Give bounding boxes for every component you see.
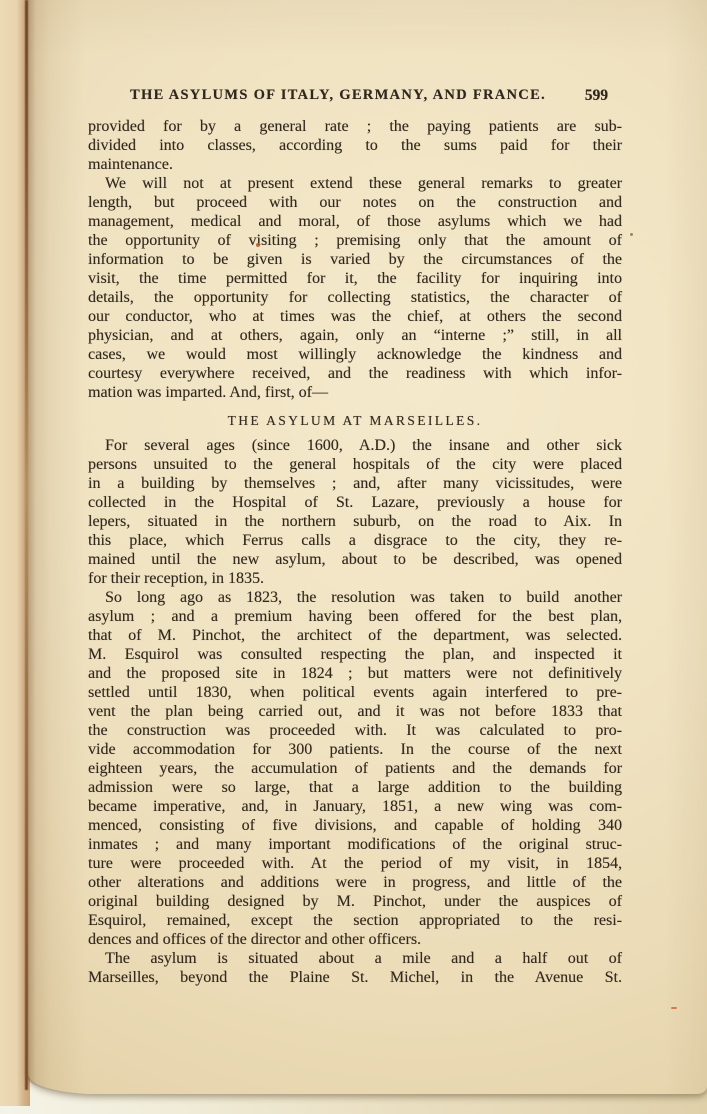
text-line: divided into classes, according to the s…: [88, 136, 622, 155]
text-line: in a building by themselves ; and, after…: [88, 474, 622, 493]
paragraph: provided for by a general rate ; the pay…: [88, 117, 622, 174]
text-line: dences and offices of the director and o…: [88, 930, 622, 949]
page-sheet: THE ASYLUMS OF ITALY, GERMANY, AND FRANC…: [28, 0, 707, 1094]
page-body: provided for by a general rate ; the pay…: [88, 117, 622, 987]
text-line: other alterations and additions were in …: [88, 873, 622, 892]
text-line: length, but proceed with our notes on th…: [88, 193, 622, 212]
text-line: cases, we would most willingly acknowled…: [88, 345, 622, 364]
text-line: For several ages (since 1600, A.D.) the …: [88, 436, 622, 455]
text-line: for their reception, in 1835.: [88, 569, 622, 588]
page-number: 599: [585, 87, 608, 105]
text-line: became imperative, and, in January, 1851…: [88, 797, 622, 816]
paragraph: We will not at present extend these gene…: [88, 174, 622, 402]
running-header-title: THE ASYLUMS OF ITALY, GERMANY, AND FRANC…: [88, 87, 622, 104]
paper-speck: [630, 233, 633, 236]
text-line: asylum ; and a premium having been offer…: [88, 607, 622, 626]
text-line: collected in the Hospital of St. Lazare,…: [88, 493, 622, 512]
page-crease: [25, 0, 28, 1090]
text-line: that of M. Pinchot, the architect of the…: [88, 626, 622, 645]
running-header: THE ASYLUMS OF ITALY, GERMANY, AND FRANC…: [88, 87, 622, 107]
section-heading: THE ASYLUM AT MARSEILLES.: [88, 411, 622, 430]
text-line: provided for by a general rate ; the pay…: [88, 117, 622, 136]
paragraph: So long ago as 1823, the resolution was …: [88, 588, 622, 949]
text-line: maintenance.: [88, 155, 622, 174]
text-line: the construction was proceeded with. It …: [88, 721, 622, 740]
book-page-scan: THE ASYLUMS OF ITALY, GERMANY, AND FRANC…: [0, 0, 707, 1114]
text-line: ture were proceeded with. At the period …: [88, 854, 622, 873]
text-line: vent the plan being carried out, and it …: [88, 702, 622, 721]
text-line: Esquirol, remained, except the section a…: [88, 911, 622, 930]
paper-speck: [671, 1007, 677, 1009]
text-line: physician, and at others, again, only an…: [88, 326, 622, 345]
text-line: menced, consisting of five divisions, an…: [88, 816, 622, 835]
text-line: original building designed by M. Pinchot…: [88, 892, 622, 911]
paragraph: For several ages (since 1600, A.D.) the …: [88, 436, 622, 588]
text-line: So long ago as 1823, the resolution was …: [88, 588, 622, 607]
text-line: visit, the time permitted for it, the fa…: [88, 269, 622, 288]
text-line: M. Esquirol was consulted respecting the…: [88, 645, 622, 664]
text-line: persons unsuited to the general hospital…: [88, 455, 622, 474]
text-line: admission were so large, that a large ad…: [88, 778, 622, 797]
text-line: mained until the new asylum, about to be…: [88, 550, 622, 569]
text-line: this place, which Ferrus calls a disgrac…: [88, 531, 622, 550]
text-line: settled until 1830, when political event…: [88, 683, 622, 702]
text-line: lepers, situated in the northern suburb,…: [88, 512, 622, 531]
text-line: the opportunity of visiting ; premising …: [88, 231, 622, 250]
text-line: The asylum is situated about a mile and …: [88, 949, 622, 968]
text-line: courtesy everywhere received, and the re…: [88, 364, 622, 383]
text-line: We will not at present extend these gene…: [88, 174, 622, 193]
text-line: inmates ; and many important modificatio…: [88, 835, 622, 854]
text-line: management, medical and moral, of those …: [88, 212, 622, 231]
paper-speck: [256, 243, 260, 247]
text-line: details, the opportunity for collecting …: [88, 288, 622, 307]
text-line: Marseilles, beyond the Plaine St. Michel…: [88, 968, 622, 987]
text-line: mation was imparted. And, first, of—: [88, 383, 622, 402]
text-line: our conductor, who at times was the chie…: [88, 307, 622, 326]
text-line: vide accommodation for 300 patients. In …: [88, 740, 622, 759]
paragraph: The asylum is situated about a mile and …: [88, 949, 622, 987]
text-line: and the proposed site in 1824 ; but matt…: [88, 664, 622, 683]
text-line: eighteen years, the accumulation of pati…: [88, 759, 622, 778]
text-line: information to be given is varied by the…: [88, 250, 622, 269]
